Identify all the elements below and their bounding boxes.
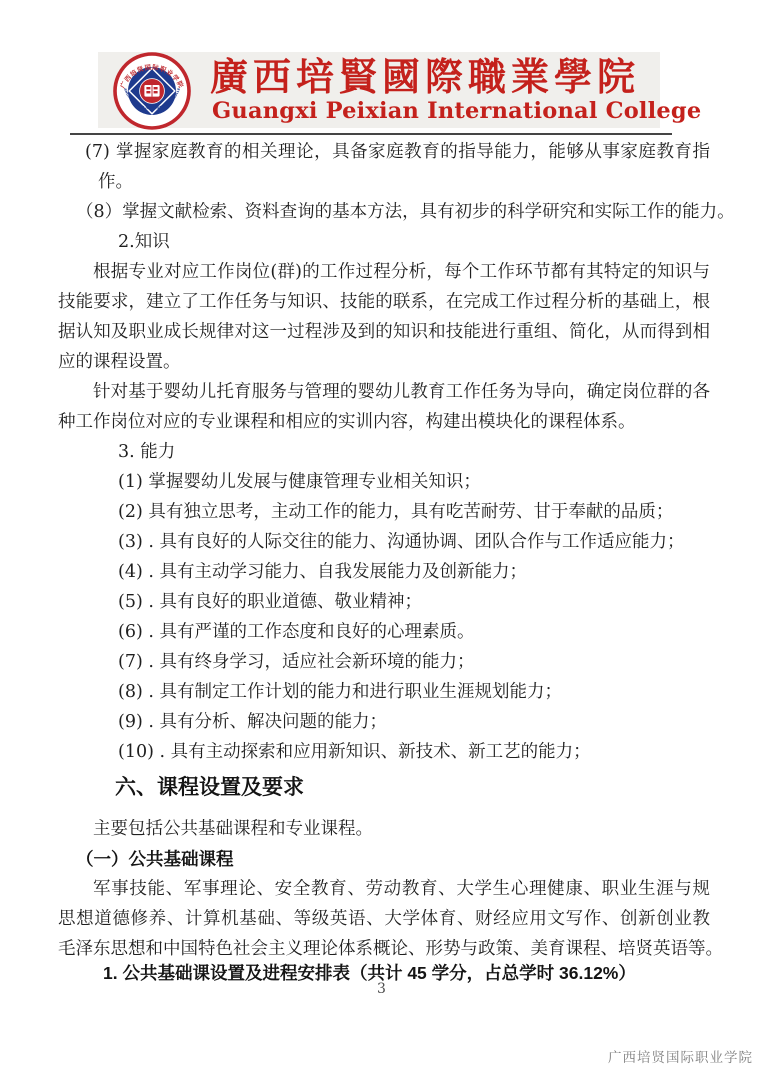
text-line: (3) . 具有良好的人际交往的能力、沟通协调、团队合作与工作适应能力； bbox=[58, 527, 710, 557]
text-line: (7) . 具有终身学习，适应社会新环境的能力； bbox=[58, 647, 710, 677]
page-number: 3 bbox=[0, 981, 763, 997]
text-line: 应的课程设置。 bbox=[58, 347, 710, 377]
text-line: 军事技能、军事理论、安全教育、劳动教育、大学生心理健康、职业生涯与规划、 bbox=[58, 874, 710, 904]
text-line: 根据专业对应工作岗位(群)的工作过程分析，每个工作环节都有其特定的知识与 bbox=[58, 257, 710, 287]
text-line: 3. 能力 bbox=[58, 437, 710, 467]
text-line: (9) . 具有分析、解决问题的能力； bbox=[58, 707, 710, 737]
text-line: （一）公共基础课程 bbox=[58, 844, 710, 874]
header-divider bbox=[70, 133, 672, 135]
text-line: (4) . 具有主动学习能力、自我发展能力及创新能力； bbox=[58, 557, 710, 587]
college-logo-icon: 广西培贤国际职业学院 GUANGXI PEIXIAN INTERNATIONAL… bbox=[112, 51, 192, 131]
text-line: (7) 掌握家庭教育的相关理论，具备家庭教育的指导能力，能够从事家庭教育指导师工 bbox=[58, 137, 710, 167]
text-line: (2) 具有独立思考，主动工作的能力，具有吃苦耐劳、甘于奉献的品质； bbox=[58, 497, 710, 527]
text-line: 作。 bbox=[58, 167, 710, 197]
text-line: (5) . 具有良好的职业道德、敬业精神； bbox=[58, 587, 710, 617]
college-header: 广西培贤国际职业学院 GUANGXI PEIXIAN INTERNATIONAL… bbox=[98, 52, 660, 128]
text-line: (8) . 具有制定工作计划的能力和进行职业生涯规划能力； bbox=[58, 677, 710, 707]
text-line: 技能要求，建立了工作任务与知识、技能的联系，在完成工作过程分析的基础上，根 bbox=[58, 287, 710, 317]
document-body: (7) 掌握家庭教育的相关理论，具备家庭教育的指导能力，能够从事家庭教育指导师工… bbox=[58, 137, 710, 988]
text-line: 思想道德修养、计算机基础、等级英语、大学体育、财经应用文写作、创新创业教育、 bbox=[58, 904, 710, 934]
text-line: 2.知识 bbox=[58, 227, 710, 257]
text-line: 六、课程设置及要求 bbox=[58, 771, 710, 805]
text-line: 据认知及职业成长规律对这一过程涉及到的知识和技能进行重组、简化，从而得到相 bbox=[58, 317, 710, 347]
text-line: (6) . 具有严谨的工作态度和良好的心理素质。 bbox=[58, 617, 710, 647]
document-page: 广西培贤国际职业学院 GUANGXI PEIXIAN INTERNATIONAL… bbox=[0, 0, 763, 1080]
college-title-english: Guangxi Peixian International College bbox=[212, 98, 662, 124]
text-line: (1) 掌握婴幼儿发展与健康管理专业相关知识； bbox=[58, 467, 710, 497]
text-line: （8）掌握文献检索、资料查询的基本方法，具有初步的科学研究和实际工作的能力。 bbox=[58, 197, 710, 227]
text-line: 主要包括公共基础课程和专业课程。 bbox=[58, 814, 710, 844]
text-line: 种工作岗位对应的专业课程和相应的实训内容，构建出模块化的课程体系。 bbox=[58, 407, 710, 437]
college-title-chinese: 廣西培賢國際職業學院 bbox=[210, 56, 660, 98]
text-line: (10) . 具有主动探索和应用新知识、新技术、新工艺的能力； bbox=[58, 737, 710, 767]
footer-watermark: 广西培贤国际职业学院 bbox=[608, 1046, 753, 1066]
text-line: 针对基于婴幼儿托育服务与管理的婴幼儿教育工作任务为导向，确定岗位群的各 bbox=[58, 377, 710, 407]
